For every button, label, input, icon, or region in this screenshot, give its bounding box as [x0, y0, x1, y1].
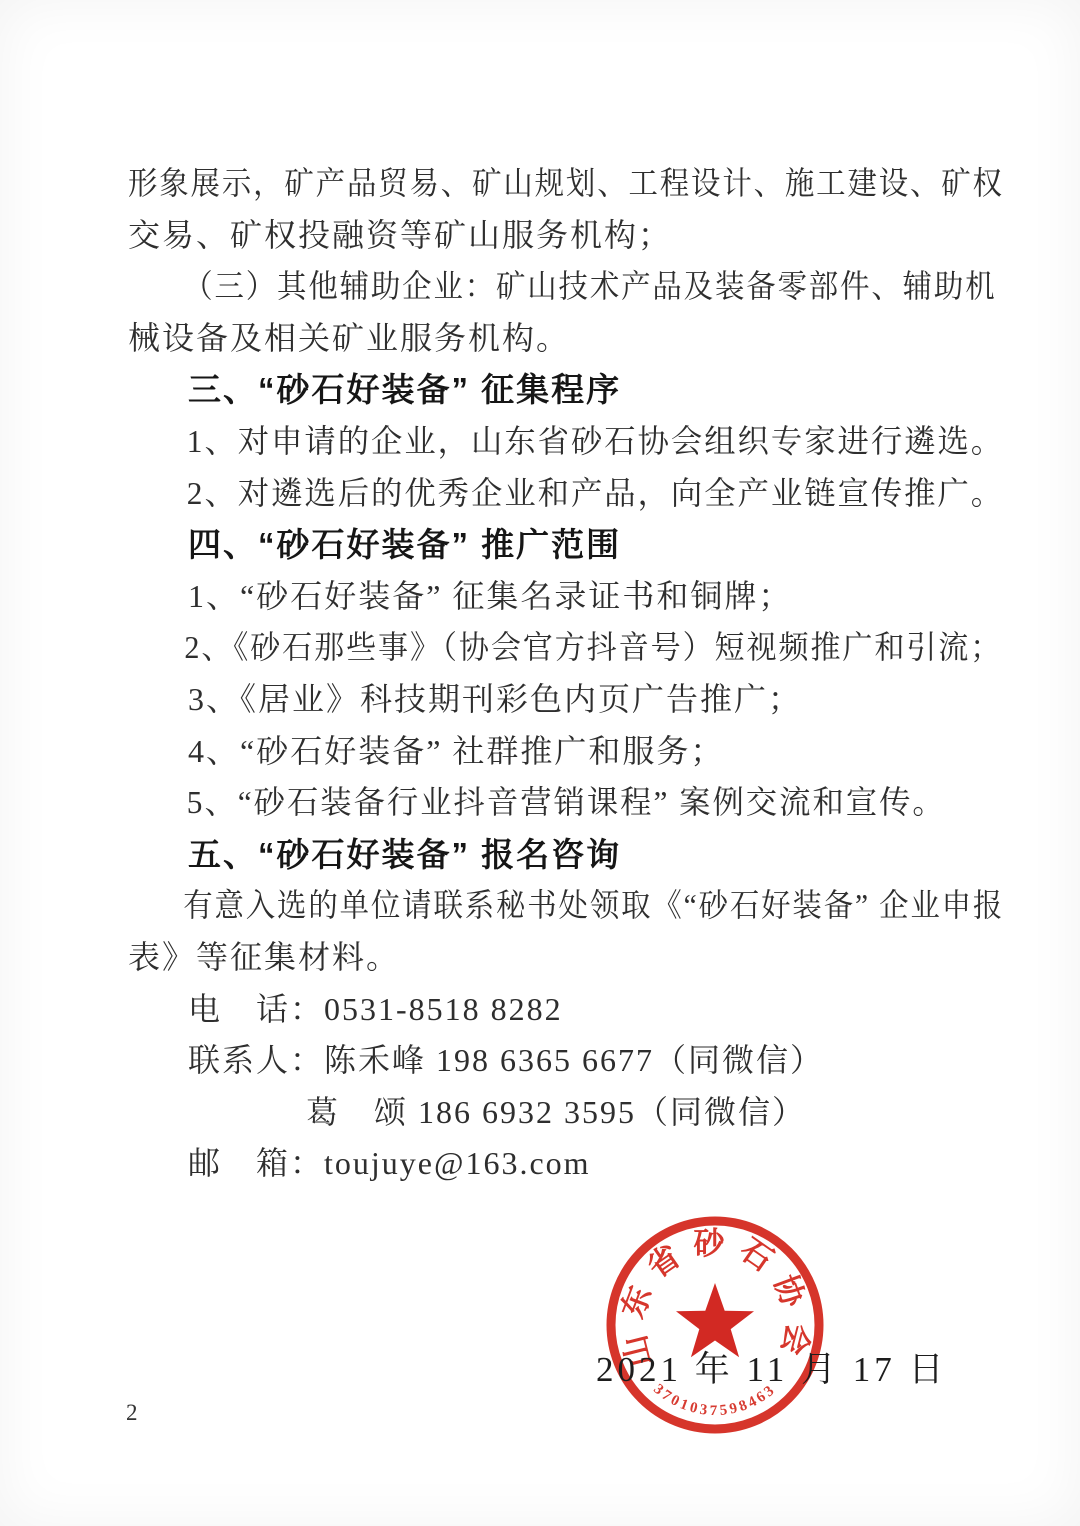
- section-heading-5: 五、“砂石好装备” 报名咨询: [128, 829, 964, 881]
- body-line: 形象展示，矿产品贸易、矿山规划、工程设计、施工建设、矿权: [128, 158, 897, 210]
- list-item: 4、“砂石好装备” 社群推广和服务；: [128, 726, 964, 778]
- contact-line: 葛 颂 186 6932 3595（同微信）: [128, 1087, 964, 1139]
- list-item: 5、“砂石装备行业抖音营销课程” 案例交流和宣传。: [128, 777, 947, 829]
- page-number: 2: [126, 1400, 138, 1426]
- list-item: 2、对遴选后的优秀企业和产品，向全产业链宣传推广。: [128, 468, 947, 520]
- body-line: 有意入选的单位请联系秘书处领取《“砂石好装备” 企业申报: [128, 880, 897, 932]
- official-seal: 山东省砂石协会 3701037598463: [602, 1212, 828, 1438]
- phone-line: 电 话：0531-8518 8282: [128, 984, 964, 1036]
- email-line: 邮 箱：toujuye@163.com: [128, 1138, 964, 1190]
- list-item: 2、《砂石那些事》（协会官方抖音号）短视频推广和引流；: [128, 622, 914, 674]
- body-line: 交易、矿权投融资等矿山服务机构；: [128, 210, 964, 262]
- list-item: 1、“砂石好装备” 征集名录证书和铜牌；: [128, 571, 964, 623]
- body-line: （三）其他辅助企业：矿山技术产品及装备零部件、辅助机: [128, 261, 897, 313]
- body-line: 表》等征集材料。: [128, 932, 964, 984]
- list-item: 3、《居业》科技期刊彩色内页广告推广；: [128, 674, 964, 726]
- contact-line: 联系人：陈禾峰 198 6365 6677（同微信）: [128, 1035, 964, 1087]
- section-heading-3: 三、“砂石好装备” 征集程序: [128, 364, 964, 416]
- document-body: 形象展示，矿产品贸易、矿山规划、工程设计、施工建设、矿权 交易、矿权投融资等矿山…: [128, 158, 964, 1190]
- list-item: 1、对申请的企业，山东省砂石协会组织专家进行遴选。: [128, 416, 947, 468]
- document-date: 2021 年 11 月 17 日: [596, 1342, 947, 1392]
- section-heading-4: 四、“砂石好装备” 推广范围: [128, 519, 964, 571]
- body-line: 械设备及相关矿业服务机构。: [128, 313, 964, 365]
- document-page: 形象展示，矿产品贸易、矿山规划、工程设计、施工建设、矿权 交易、矿权投融资等矿山…: [0, 0, 1080, 1526]
